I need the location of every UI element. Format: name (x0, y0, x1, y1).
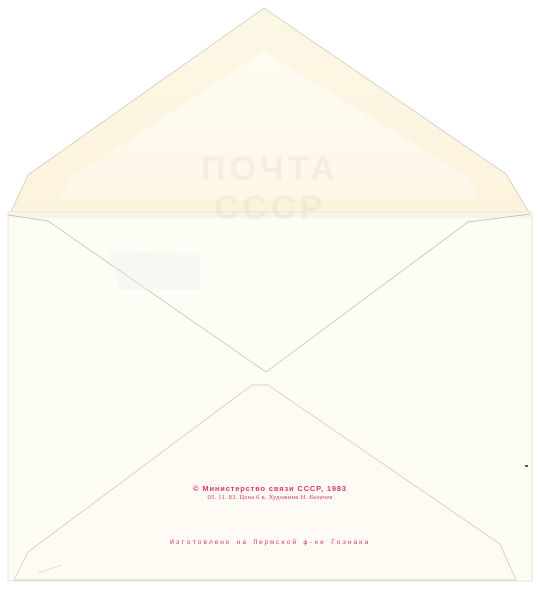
details-line: 05. 11. 83. Цена 6 к. Художник Н. Богаче… (0, 494, 540, 501)
publisher-line: © Министерство связи СССР, 1983 (0, 484, 540, 493)
envelope-back (0, 0, 540, 591)
artist-label: Художник (269, 494, 299, 501)
manufacturer-line: Изготовлено на Пермской ф-ке Гознака (0, 539, 540, 546)
show-through-text: ПОЧТА СССР (140, 150, 400, 228)
copyright-icon: © (193, 484, 199, 493)
edge-mark (525, 465, 528, 467)
publisher-text: Министерство связи СССР, 1983 (202, 484, 347, 493)
artist-name: Н. Богачев (300, 494, 332, 501)
inner-shade (110, 250, 200, 290)
price: Цена 6 к. (239, 494, 266, 501)
print-date: 05. 11. 83. (208, 494, 238, 501)
